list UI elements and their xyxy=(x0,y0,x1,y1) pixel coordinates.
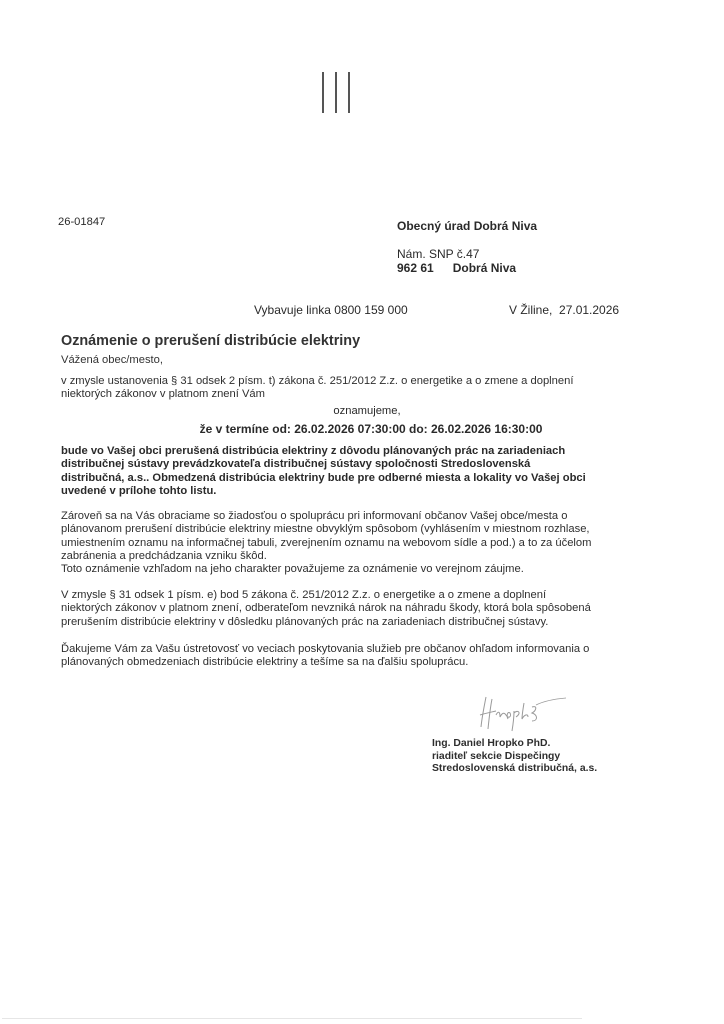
text-line: niektorých zákonov v platnom znení Vám xyxy=(61,388,661,401)
text-line: distribučná, a.s.. Obmedzená distribúcia… xyxy=(61,472,661,485)
text-line: uvedené v prílohe tohto listu. xyxy=(61,485,661,498)
text-line: Toto oznámenie vzhľadom na jeho charakte… xyxy=(61,563,661,576)
recipient-postal-city: 962 61Dobrá Niva xyxy=(397,261,537,276)
mark-bar xyxy=(322,72,324,113)
mark-bar xyxy=(335,72,337,113)
signature-block: Ing. Daniel Hropko PhD. riaditeľ sekcie … xyxy=(432,738,597,776)
text-line: V zmysle § 31 odsek 1 písm. e) bod 5 zák… xyxy=(61,589,661,602)
text-line: umiestnením oznamu na informačnej tabuli… xyxy=(61,537,661,550)
recipient-name: Obecný úrad Dobrá Niva xyxy=(397,219,537,233)
signatory-position: riaditeľ sekcie Dispečingy xyxy=(432,751,597,764)
recipient-address: Obecný úrad Dobrá Niva Nám. SNP č.47 962… xyxy=(397,219,537,276)
text-line: Ďakujeme Vám za Vašu ústretovosť vo veci… xyxy=(61,643,661,656)
place-date: V Žiline, 27.01.2026 xyxy=(509,303,619,317)
intro-paragraph: v zmysle ustanovenia § 31 odsek 2 písm. … xyxy=(61,375,661,402)
handled-by: Vybavuje linka 0800 159 000 xyxy=(254,303,408,317)
recipient-street: Nám. SNP č.47 xyxy=(397,247,537,261)
outage-term: že v termíne od: 26.02.2026 07:30:00 do:… xyxy=(0,422,724,436)
cooperation-paragraph: Zároveň sa na Vás obraciame so žiadosťou… xyxy=(61,510,661,576)
scan-edge-divider xyxy=(2,1018,582,1019)
text-line: v zmysle ustanovenia § 31 odsek 2 písm. … xyxy=(61,375,661,388)
handwritten-signature-icon xyxy=(478,693,568,738)
mark-bar xyxy=(348,72,350,113)
reference-number: 26-01847 xyxy=(58,216,105,230)
announce-text: oznamujeme, xyxy=(0,405,724,419)
text-line: bude vo Vašej obci prerušená distribúcia… xyxy=(61,445,661,458)
text-line: prerušením distribúcie elektriny v dôsle… xyxy=(61,616,661,629)
liability-paragraph: V zmysle § 31 odsek 1 písm. e) bod 5 zák… xyxy=(61,589,661,629)
outage-paragraph: bude vo Vašej obci prerušená distribúcia… xyxy=(61,445,661,498)
text-line: distribučnej sústavy prevádzkovateľa dis… xyxy=(61,458,661,471)
document-title: Oznámenie o prerušení distribúcie elektr… xyxy=(61,333,360,349)
text-line: Zároveň sa na Vás obraciame so žiadosťou… xyxy=(61,510,661,523)
recipient-city: Dobrá Niva xyxy=(453,261,516,275)
recipient-postal-code: 962 61 xyxy=(397,261,434,275)
text-line: niektorých zákonov v platnom znení, odbe… xyxy=(61,602,661,615)
text-line: plánovaných obmedzeniach distribúcie ele… xyxy=(61,656,661,669)
signatory-company: Stredoslovenská distribučná, a.s. xyxy=(432,763,597,776)
signatory-name: Ing. Daniel Hropko PhD. xyxy=(432,738,597,751)
text-line: zabránenia a predchádzania vzniku škôd. xyxy=(61,550,661,563)
text-line: plánovanom prerušení distribúcie elektri… xyxy=(61,523,661,536)
salutation: Vážená obec/mesto, xyxy=(61,354,163,368)
thanks-paragraph: Ďakujeme Vám za Vašu ústretovosť vo veci… xyxy=(61,643,661,670)
